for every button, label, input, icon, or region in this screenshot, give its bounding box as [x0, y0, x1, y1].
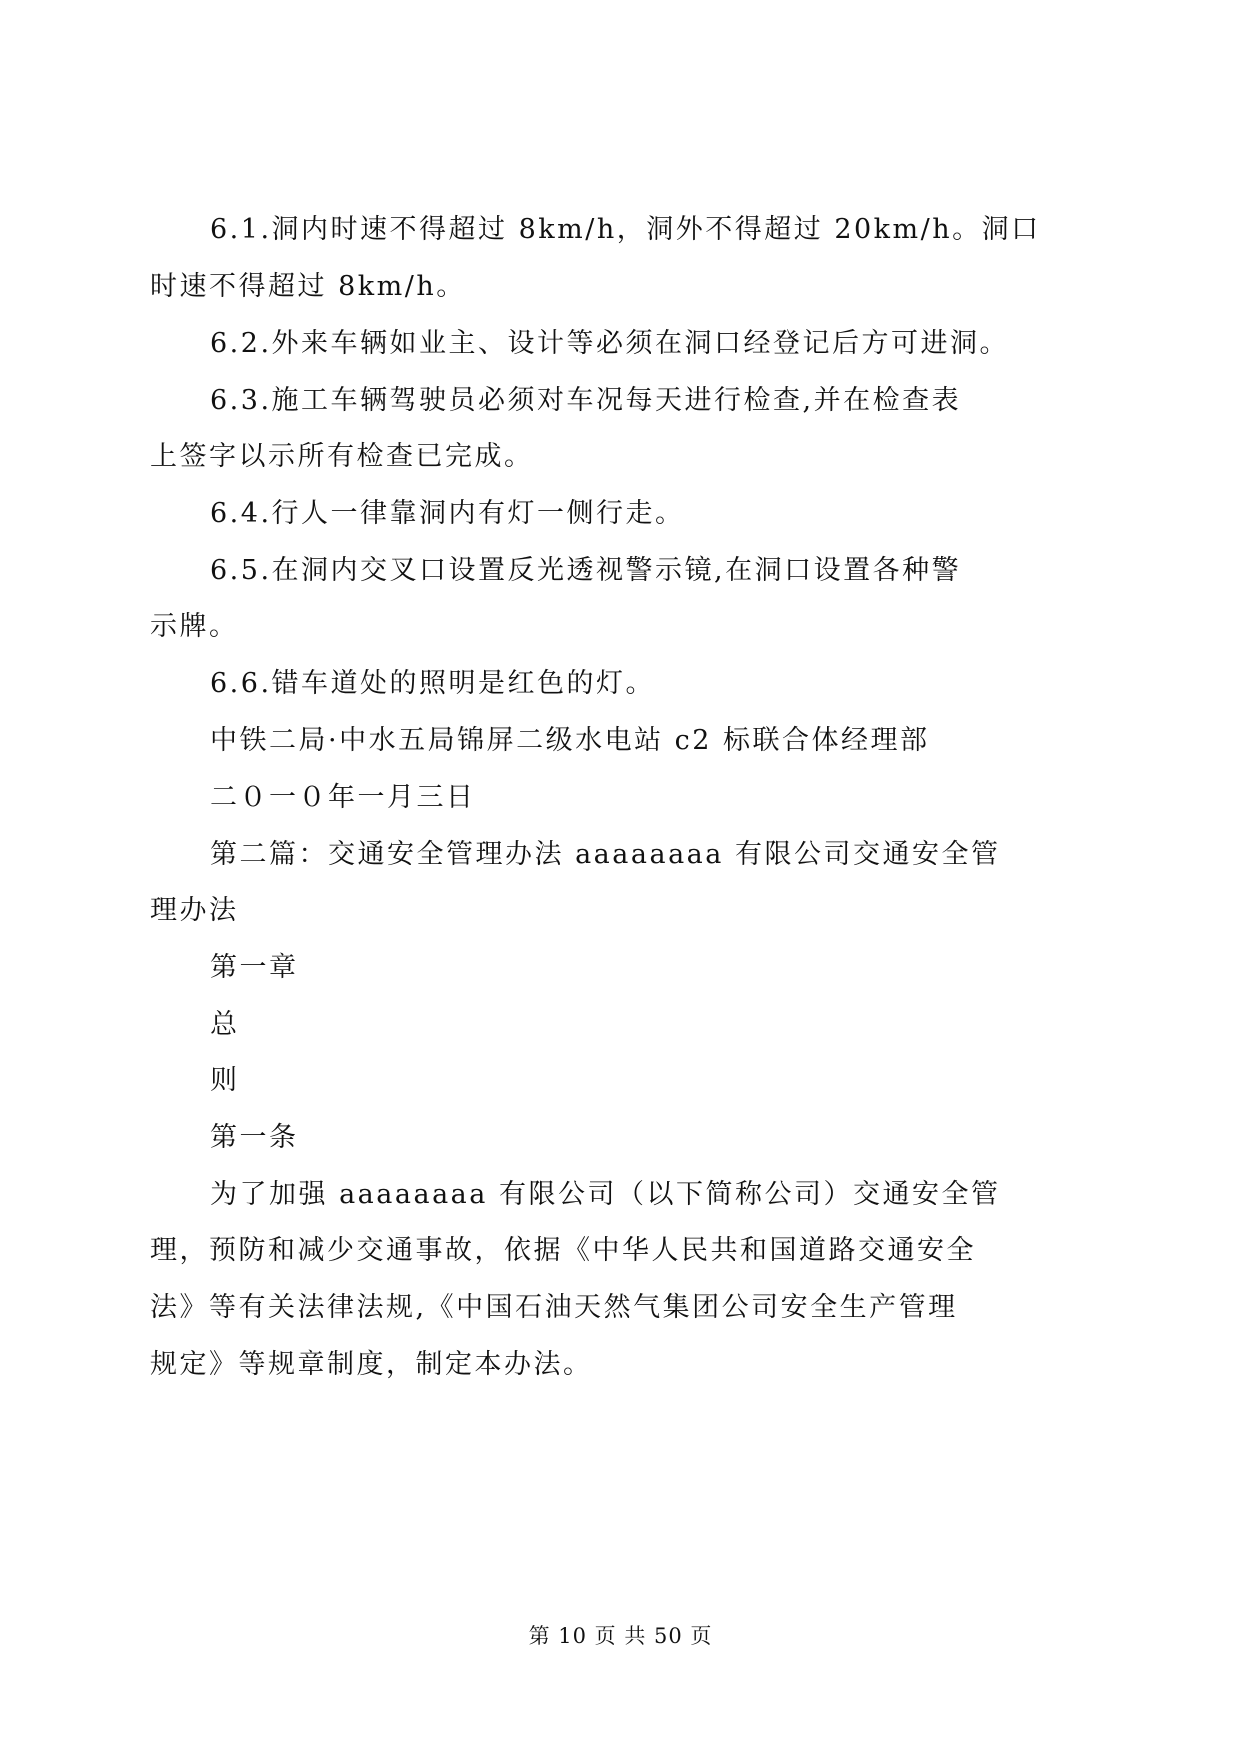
- section-title-line-2: 理办法: [150, 894, 239, 928]
- document-page: 6.1.洞内时速不得超过 8km/h，洞外不得超过 20km/h。洞口 时速不得…: [0, 0, 1241, 1754]
- article-heading: 第一条: [210, 1121, 299, 1155]
- paragraph-6-5-line-1: 6.5.在洞内交叉口设置反光透视警示镜,在洞口设置各种警: [210, 554, 961, 588]
- article-1-line-3: 法》等有关法律法规,《中国石油天然气集团公司安全生产管理: [150, 1291, 958, 1325]
- chapter-title-part-2: 则: [210, 1064, 240, 1098]
- paragraph-6-4: 6.4.行人一律靠洞内有灯一侧行走。: [210, 497, 685, 531]
- paragraph-6-3-line-1: 6.3.施工车辆驾驶员必须对车况每天进行检查,并在检查表: [210, 384, 961, 418]
- paragraph-6-6: 6.6.错车道处的照明是红色的灯。: [210, 667, 655, 701]
- paragraph-6-2: 6.2.外来车辆如业主、设计等必须在洞口经登记后方可进洞。: [210, 327, 1009, 361]
- paragraph-6-1-line-2: 时速不得超过 8km/h。: [150, 270, 466, 304]
- paragraph-6-3-line-2: 上签字以示所有检查已完成。: [150, 440, 534, 474]
- chapter-title-part-1: 总: [210, 1008, 240, 1042]
- section-title-line-1: 第二篇：交通安全管理办法 aaaaaaaa 有限公司交通安全管: [210, 838, 1000, 872]
- article-1-line-4: 规定》等规章制度，制定本办法。: [150, 1348, 593, 1382]
- signature-date: 二０一０年一月三日: [210, 781, 476, 815]
- article-1-line-1: 为了加强 aaaaaaaa 有限公司（以下简称公司）交通安全管: [210, 1178, 1000, 1212]
- signature-organization: 中铁二局·中水五局锦屏二级水电站 c2 标联合体经理部: [210, 724, 930, 758]
- paragraph-6-5-line-2: 示牌。: [150, 610, 239, 644]
- paragraph-6-1-line-1: 6.1.洞内时速不得超过 8km/h，洞外不得超过 20km/h。洞口: [210, 213, 1041, 247]
- chapter-heading: 第一章: [210, 951, 299, 985]
- page-number-footer: 第 10 页 共 50 页: [0, 1622, 1241, 1650]
- article-1-line-2: 理，预防和减少交通事故，依据《中华人民共和国道路交通安全: [150, 1234, 976, 1268]
